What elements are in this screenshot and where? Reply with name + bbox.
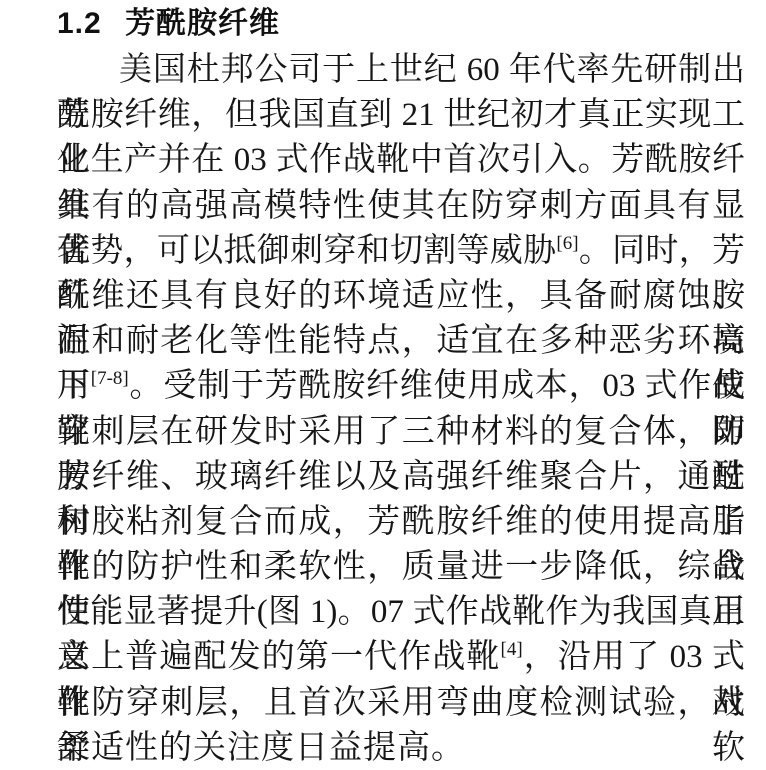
paragraph-line: 义上普遍配发的第一代作战靴[4]，沿用了 03 式作战 <box>57 635 745 680</box>
citation-ref: [6] <box>556 233 578 254</box>
paragraph-line: 具有的高强高模特性使其在防穿刺方面具有显著 <box>57 184 745 229</box>
body-paragraph: 美国杜邦公司于上世纪 60 年代率先研制出芳酰胺纤维，但我国直到 21 世纪初才… <box>57 48 745 770</box>
paragraph-line: 美国杜邦公司于上世纪 60 年代率先研制出芳 <box>57 48 745 93</box>
paragraph-line: 化生产并在 03 式作战靴中首次引入。芳酰胺纤维 <box>57 138 745 183</box>
paragraph-line: 性能显著提升(图 1)。07 式作战靴作为我国真正意 <box>57 590 745 635</box>
paragraph-line: 纤维还具有良好的环境适应性，具备耐腐蚀、耐高 <box>57 274 745 319</box>
paragraph-line: 胺纤维、玻璃纤维以及高强纤维聚合片，通过树脂 <box>57 455 745 500</box>
paragraph-line: 温和耐老化等性能特点，适宜在多种恶劣环境下使 <box>57 319 745 364</box>
paragraph-line: 和胶粘剂复合而成，芳酰胺纤维的使用提高了作战 <box>57 500 745 545</box>
section-heading: 1.2 芳酰胺纤维 <box>57 6 745 41</box>
paragraph-line: 用[7-8]。受制于芳酰胺纤维使用成本，03 式作战靴防 <box>57 364 745 409</box>
paragraph-line: 靴的防护性和柔软性，质量进一步降低，综合使用 <box>57 545 745 590</box>
paper-page: 1.2 芳酰胺纤维 美国杜邦公司于上世纪 60 年代率先研制出芳酰胺纤维，但我国… <box>0 0 766 770</box>
paragraph-line: 酰胺纤维，但我国直到 21 世纪初才真正实现工业 <box>57 93 745 138</box>
paragraph-line: 优势，可以抵御刺穿和切割等威胁[6]。同时，芳酰胺 <box>57 229 745 274</box>
section-number: 1.2 <box>57 7 102 40</box>
paragraph-line: 穿刺层在研发时采用了三种材料的复合体，即芳酰 <box>57 410 745 455</box>
citation-ref: [7-8] <box>91 368 129 389</box>
citation-ref: [4] <box>501 639 523 660</box>
section-title: 芳酰胺纤维 <box>125 7 280 40</box>
paragraph-line: 靴防穿刺层，且首次采用弯曲度检测试验，对柔软 <box>57 681 745 726</box>
